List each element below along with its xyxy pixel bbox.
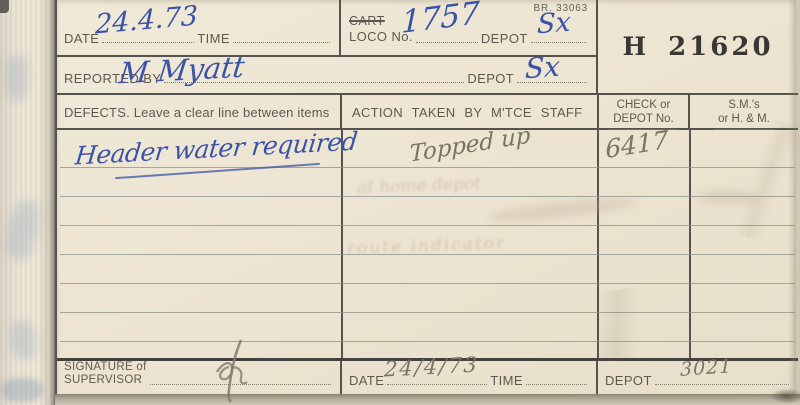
action-entry-handwritten: Topped up xyxy=(410,122,531,167)
ghost-bleedthrough-smudge xyxy=(697,190,757,204)
bleedthrough-smudge xyxy=(2,378,42,402)
defects-column-header: DEFECTS. Leave a clear line between item… xyxy=(57,95,342,128)
time-leader-line xyxy=(233,39,330,43)
serial-number: 21620 xyxy=(668,32,773,62)
column-divider xyxy=(597,130,599,358)
check-header-line2: DEPOT No. xyxy=(613,113,674,125)
signature-label-line1: SIGNATURE of xyxy=(64,361,147,373)
check-column-header: CHECK or DEPOT No. xyxy=(599,95,690,128)
serial-number-box: H 21620 xyxy=(598,0,798,93)
bottom-date-box: DATE TIME 24/4/73 xyxy=(342,361,598,394)
ruled-line xyxy=(60,196,795,197)
signature-label-line2: SUPERVISOR xyxy=(64,374,142,386)
bottom-date-leader xyxy=(387,381,487,385)
depot-label-top: DEPOT xyxy=(481,31,528,46)
card-bottom-shadow xyxy=(55,394,800,405)
ruled-line xyxy=(60,167,795,168)
depot-label-reported: DEPOT xyxy=(467,71,514,86)
signature-box: SIGNATURE of SUPERVISOR xyxy=(57,361,342,394)
bleedthrough-smudge xyxy=(6,55,28,101)
sm-column-header: S.M.'s or H. & M. xyxy=(690,95,798,128)
bottom-depot-leader xyxy=(655,381,789,385)
bottom-time-label: TIME xyxy=(490,373,523,388)
page-curl-smudge xyxy=(770,388,800,404)
serial-prefix: H xyxy=(622,32,646,61)
bottom-depot-label: DEPOT xyxy=(605,373,652,388)
depot-value-handwritten-top: Sx xyxy=(536,7,571,41)
time-label: TIME xyxy=(197,31,230,46)
depot-value-handwritten-reported: Sx xyxy=(524,50,560,86)
bleedthrough-smudge xyxy=(7,318,38,361)
check-number-handwritten: 6417 xyxy=(605,125,669,164)
ruled-line xyxy=(60,225,795,226)
table-header-row: DEFECTS. Leave a clear line between item… xyxy=(57,93,798,130)
reported-by-row: REPORTED BY DEPOT M Myatt Sx xyxy=(57,55,598,93)
bottom-date-label: DATE xyxy=(349,373,384,388)
loco-depot-box: BR. 33063 CART LOCO No. DEPOT 1757 Sx xyxy=(341,0,598,55)
date-leader-line xyxy=(102,39,194,43)
column-divider xyxy=(689,130,691,358)
bottom-depot-box: DEPOT 3021 xyxy=(598,361,798,394)
book-edge-strip xyxy=(0,0,55,405)
reported-by-value-handwritten: M Myatt xyxy=(117,50,247,91)
bottom-date-value-handwritten: 24/4/73 xyxy=(383,352,479,381)
sm-header-line2: or H. & M. xyxy=(718,113,770,125)
ghost-bleedthrough-smudge xyxy=(487,194,638,226)
corner-shadow-mark xyxy=(0,0,9,13)
ghost-bleedthrough-text: at home depot xyxy=(357,174,482,198)
card-edge-shade xyxy=(788,0,796,394)
sm-header-line1: S.M.'s xyxy=(728,99,760,111)
bottom-row: SIGNATURE of SUPERVISOR DATE TIME 24/4/7… xyxy=(57,358,798,394)
ruled-line xyxy=(60,341,795,342)
defect-report-card: DATE TIME 24.4.73 BR. 33063 CART LOCO No… xyxy=(55,0,796,394)
action-column-header: ACTION TAKEN BY M'TCE STAFF xyxy=(342,95,599,128)
ruled-line xyxy=(60,312,795,313)
table-body: Header water required Topped up 6417 at … xyxy=(57,130,798,358)
ruled-line xyxy=(60,283,795,284)
loco-leader-line xyxy=(416,39,478,43)
supervisor-signature-scribble xyxy=(205,338,265,404)
bleedthrough-smudge xyxy=(2,198,44,263)
bottom-depot-value-handwritten: 3021 xyxy=(680,355,732,381)
date-time-box: DATE TIME 24.4.73 xyxy=(57,0,341,55)
check-header-line1: CHECK or xyxy=(617,99,671,111)
bottom-time-leader xyxy=(526,381,587,385)
column-divider xyxy=(341,130,343,358)
